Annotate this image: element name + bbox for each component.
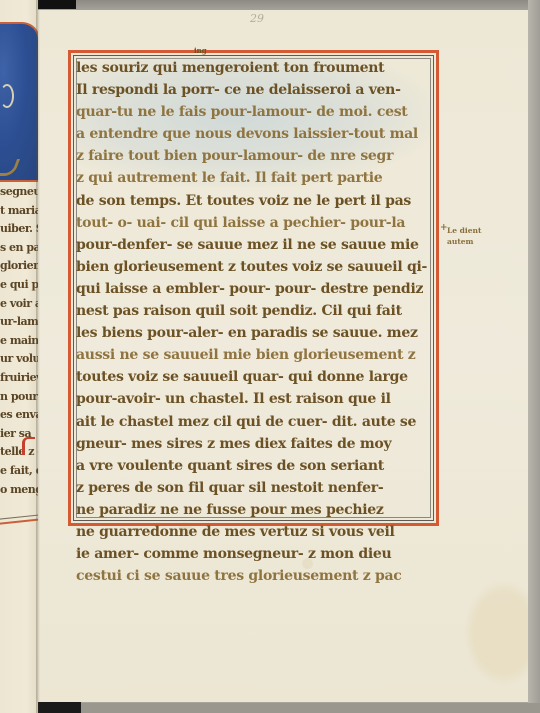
facing-line: n pour li	[0, 388, 38, 407]
text-line: gneur- mes sires z mes diex faites de mo…	[76, 433, 432, 455]
text-line: ie amer- comme monsegneur- z mon dieu	[76, 543, 432, 565]
cross-mark-icon: +	[440, 223, 448, 234]
text-line: pour-denfer- se sauue mez il ne se sauue…	[76, 234, 432, 256]
recto-page: 29 les souriz qui mengeroient ton froume…	[38, 10, 528, 702]
gutter-shadow	[36, 0, 40, 713]
text-line: a entendre que nous devons laissier-tout…	[76, 123, 432, 145]
facing-line: segneur	[0, 183, 38, 202]
text-line: toutes voiz se sauueil quar- qui donne l…	[76, 366, 432, 388]
text-line: z peres de son fil quar sil nestoit nenf…	[76, 477, 432, 499]
interlinear-gloss: ing	[194, 46, 207, 55]
margin-note-line: Le dient	[443, 225, 503, 236]
facing-line: e fait, ce	[0, 462, 38, 481]
facing-line: e qui po	[0, 276, 38, 295]
main-text-block: les souriz qui mengeroient ton froument …	[76, 57, 436, 587]
text-line: z qui autrement le fait. Il fait pert pa…	[76, 167, 432, 189]
text-line: pour-avoir- un chastel. Il est raison qu…	[76, 388, 432, 410]
facing-line: fruiriev	[0, 369, 38, 388]
margin-note: + Le dient autem	[443, 225, 503, 247]
red-initial-icon	[22, 437, 35, 455]
scanner-clamp-top	[34, 0, 76, 9]
facing-line: gloriens	[0, 257, 38, 276]
text-line: tout- o- uai- cil qui laisse a pechier- …	[76, 212, 432, 234]
facing-line: e voir au	[0, 295, 38, 314]
facing-page-verso: segneur t mariag uiber. Se s en pard glo…	[0, 0, 38, 713]
text-line: les souriz qui mengeroient ton froument	[76, 57, 432, 79]
facing-line: uiber. Se	[0, 220, 38, 239]
facing-line: ur-lamo	[0, 313, 38, 332]
scanner-clamp-bottom	[36, 702, 81, 713]
text-line: z faire tout bien pour-lamour- de nre se…	[76, 145, 432, 167]
facing-line: e mains	[0, 332, 38, 351]
text-line: ait le chastel mez cil qui de cuer- dit.…	[76, 411, 432, 433]
text-line: qui laisse a embler- pour- pour- destre …	[76, 278, 432, 300]
facing-frame-rule	[0, 514, 38, 525]
folio-number: 29	[250, 12, 264, 25]
text-line: a vre voulente quant sires de son serian…	[76, 455, 432, 477]
miniature-animal-figure-icon	[0, 159, 20, 176]
illuminated-miniature	[0, 22, 38, 182]
facing-line: es enva	[0, 406, 38, 425]
text-line: bien glorieusement z toutes voiz se sauu…	[76, 256, 432, 278]
scanner-backdrop-right	[528, 0, 540, 713]
scanner-backdrop-bottom	[80, 703, 540, 713]
text-line: aussi ne se sauueil mie bien glorieuseme…	[76, 344, 432, 366]
facing-line: ur volug	[0, 350, 38, 369]
text-line: Il respondi la porr- ce ne delaisseroi a…	[76, 79, 432, 101]
text-line: quar-tu ne le fais pour-lamour- de moi. …	[76, 101, 432, 123]
text-line: de son temps. Et toutes voiz ne le pert …	[76, 190, 432, 212]
text-line: nest pas raison quil soit pendiz. Cil qu…	[76, 300, 432, 322]
facing-line: t mariag	[0, 202, 38, 221]
facing-line: s en pard	[0, 239, 38, 258]
text-line: cestui ci se sauue tres glorieusement z …	[76, 565, 432, 587]
facing-line: o mengu	[0, 481, 38, 500]
margin-note-line: autem	[443, 236, 503, 247]
text-line: les biens pour-aler- en paradis se sauue…	[76, 322, 432, 344]
text-line: ne paradiz ne ne fusse pour mes pechiez	[76, 499, 432, 521]
scanner-backdrop-top	[0, 0, 540, 10]
miniature-ornament-icon	[0, 84, 14, 108]
text-line: ne guarredonne de mes vertuz si vous vei…	[76, 521, 432, 543]
